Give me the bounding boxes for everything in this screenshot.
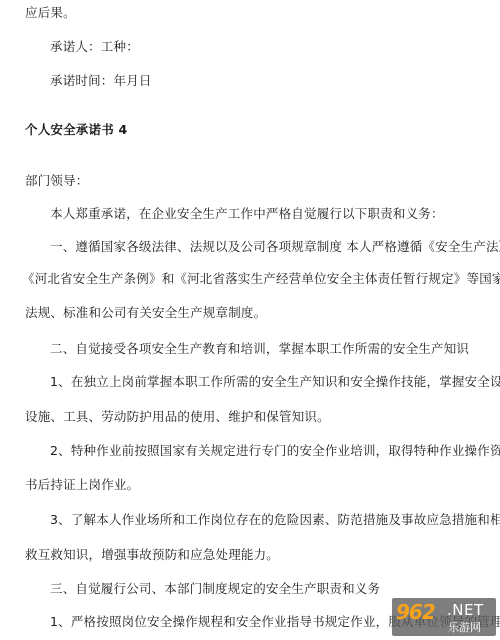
paragraph-subitem-3: 3、了解本人作业场所和工作岗位存在的危险因素、防范措施及事故应急措施和相关自	[50, 512, 492, 528]
site-watermark: 962 .NET 乐游网	[392, 598, 496, 636]
watermark-domain: .NET	[447, 601, 484, 619]
paragraph-item-2: 二、自觉接受各项安全生产教育和培训，掌握本职工作所需的安全生产知识	[50, 341, 492, 357]
paragraph-subitem-3-cont: 救互救知识，增强事故预防和应急处理能力。	[25, 547, 492, 563]
paragraph-item-1: 一、遵循国家各级法律、法规以及公司各项规章制度 本人严格遵循《安全生产法》、	[50, 239, 492, 255]
text-line-continuation: 应后果。	[25, 5, 492, 21]
paragraph-subitem-2: 2、特种作业前按照国家有关规定进行专门的安全作业培训，取得特种作业操作资格证	[50, 443, 492, 459]
paragraph-subitem-1-cont: 设施、工具、劳动防护用品的使用、维护和保管知识。	[25, 409, 492, 425]
paragraph-intro: 本人郑重承诺，在企业安全生产工作中严格自觉履行以下职责和义务：	[50, 206, 492, 222]
section-title: 个人安全承诺书 4	[25, 122, 492, 138]
paragraph-item-1-cont: 《河北省安全生产条例》和《河北省落实生产经营单位安全主体责任暂行规定》等国家法律…	[22, 271, 492, 287]
paragraph-subitem-2-cont: 书后持证上岗作业。	[25, 477, 492, 493]
salutation: 部门领导：	[25, 173, 492, 189]
paragraph-item-1-cont: 法规、标准和公司有关安全生产规章制度。	[25, 305, 492, 321]
signer-field: 承诺人：工种：	[50, 39, 492, 55]
paragraph-item-3: 三、自觉履行公司、本部门制度规定的安全生产职责和义务	[50, 581, 492, 597]
watermark-subtitle: 乐游网	[448, 619, 481, 635]
date-field: 承诺时间：年月日	[50, 73, 492, 89]
paragraph-subitem-1: 1、在独立上岗前掌握本职工作所需的安全生产知识和安全操作技能，掌握安全设备、	[50, 374, 492, 390]
watermark-logo-number: 962	[396, 600, 435, 624]
